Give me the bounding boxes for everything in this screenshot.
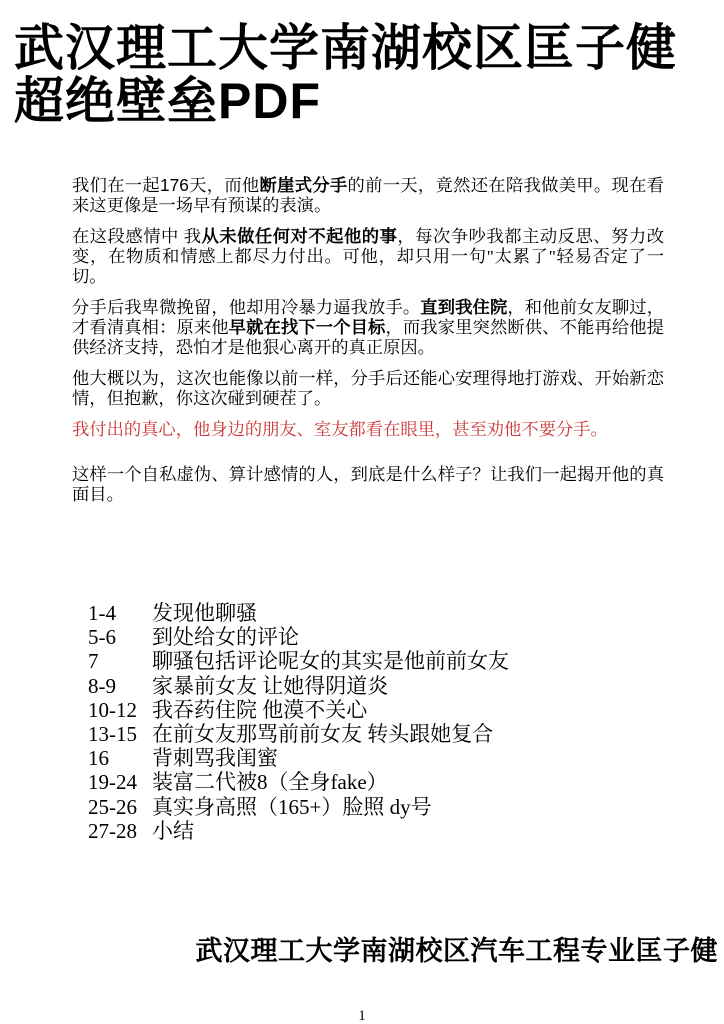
- toc-item: 16背刺骂我闺蜜: [88, 746, 724, 770]
- toc-item-pages: 5-6: [88, 625, 152, 649]
- toc-list: 1-4发现他聊骚5-6到处给女的评论7聊骚包括评论呢女的其实是他前前女友8-9家…: [88, 601, 724, 843]
- paragraph-reveal: 这样一个自私虚伪、算计感情的人，到底是什么样子？让我们一起揭开他的真面目。: [72, 465, 664, 505]
- pdf-page: 武汉理工大学南湖校区匡子健超绝壁垒PDF 我们在一起176天，而他断崖式分手的前…: [0, 0, 724, 1024]
- toc-item-pages: 27-28: [88, 819, 152, 843]
- text-segment-bold: 直到我住院: [420, 298, 507, 317]
- toc-item-title: 我吞药住院 他漠不关心: [152, 698, 724, 722]
- text-segment: 天，而他: [189, 176, 260, 195]
- page-title-main: 武汉理工大学南湖校区匡子健超绝壁垒: [14, 20, 677, 129]
- page-title: 武汉理工大学南湖校区匡子健超绝壁垒PDF: [0, 0, 724, 128]
- toc-item-pages: 13-15: [88, 722, 152, 746]
- toc-item-title: 真实身高照（165+）脸照 dy号: [152, 795, 724, 819]
- text-segment-days-count: 176: [160, 175, 189, 195]
- toc-item-pages: 1-4: [88, 601, 152, 625]
- paragraph-warning: 他大概以为，这次也能像以前一样，分手后还能心安理得地打游戏、开始新恋情，但抱歉，…: [72, 369, 664, 409]
- paragraph-self-defense: 在这段感情中 我从未做任何对不起他的事，每次争吵我都主动反思、努力改变，在物质和…: [72, 227, 664, 287]
- toc-item-title: 装富二代被8（全身fake）: [152, 770, 724, 794]
- paragraph-breakup-day: 我们在一起176天，而他断崖式分手的前一天，竟然还在陪我做美甲。现在看来这更像是…: [72, 175, 664, 216]
- toc-item: 13-15在前女友那骂前前女友 转头跟她复合: [88, 722, 724, 746]
- toc-item: 19-24装富二代被8（全身fake）: [88, 770, 724, 794]
- toc-item-title: 到处给女的评论: [152, 625, 724, 649]
- text-segment: 分手后我卑微挽留，他却用冷暴力逼我放手。: [72, 298, 420, 317]
- toc-item: 10-12我吞药住院 他漠不关心: [88, 698, 724, 722]
- toc-item-pages: 19-24: [88, 770, 152, 794]
- toc-item-title: 发现他聊骚: [152, 601, 724, 625]
- toc-item: 7聊骚包括评论呢女的其实是他前前女友: [88, 649, 724, 673]
- toc-item-title: 在前女友那骂前前女友 转头跟她复合: [152, 722, 724, 746]
- text-segment-bold: 早就在找下一个目标: [229, 318, 386, 337]
- text-segment-red: 我付出的真心，他身边的朋友、室友都看在眼里，甚至劝他不要分手。: [72, 420, 608, 439]
- paragraph-hospital-truth: 分手后我卑微挽留，他却用冷暴力逼我放手。直到我住院，和他前女友聊过，才看清真相：…: [72, 298, 664, 358]
- toc-item-title: 小结: [152, 819, 724, 843]
- text-segment-bold: 从未做任何对不起他的事: [202, 227, 398, 246]
- text-segment-bold: 断崖式分手: [260, 176, 348, 195]
- footer-signature: 武汉理工大学南湖校区汽车工程专业匡子健: [0, 929, 718, 968]
- text-segment: 在这段感情中 我: [72, 227, 202, 246]
- page-title-suffix: PDF: [218, 73, 321, 129]
- toc-item-title: 聊骚包括评论呢女的其实是他前前女友: [152, 649, 724, 673]
- toc-item-title: 背刺骂我闺蜜: [152, 746, 724, 770]
- toc-item-pages: 25-26: [88, 795, 152, 819]
- toc-item: 1-4发现他聊骚: [88, 601, 724, 625]
- intro-text-block: 我们在一起176天，而他断崖式分手的前一天，竟然还在陪我做美甲。现在看来这更像是…: [72, 175, 664, 505]
- toc-item: 27-28小结: [88, 819, 724, 843]
- toc-item: 25-26真实身高照（165+）脸照 dy号: [88, 795, 724, 819]
- toc-item: 8-9家暴前女友 让她得阴道炎: [88, 674, 724, 698]
- toc-item-pages: 7: [88, 649, 152, 673]
- paragraph-red-highlight: 我付出的真心，他身边的朋友、室友都看在眼里，甚至劝他不要分手。: [72, 420, 664, 440]
- toc-item-pages: 8-9: [88, 674, 152, 698]
- toc-item: 5-6到处给女的评论: [88, 625, 724, 649]
- toc-item-pages: 16: [88, 746, 152, 770]
- toc-item-pages: 10-12: [88, 698, 152, 722]
- page-number: 1: [0, 1008, 724, 1024]
- toc-item-title: 家暴前女友 让她得阴道炎: [152, 674, 724, 698]
- text-segment: 他大概以为，这次也能像以前一样，分手后还能心安理得地打游戏、开始新恋情，但抱歉，…: [72, 369, 664, 408]
- text-segment: 这样一个自私虚伪、算计感情的人，到底是什么样子？让我们一起揭开他的真面目。: [72, 465, 664, 504]
- text-segment: 我们在一起: [72, 176, 160, 195]
